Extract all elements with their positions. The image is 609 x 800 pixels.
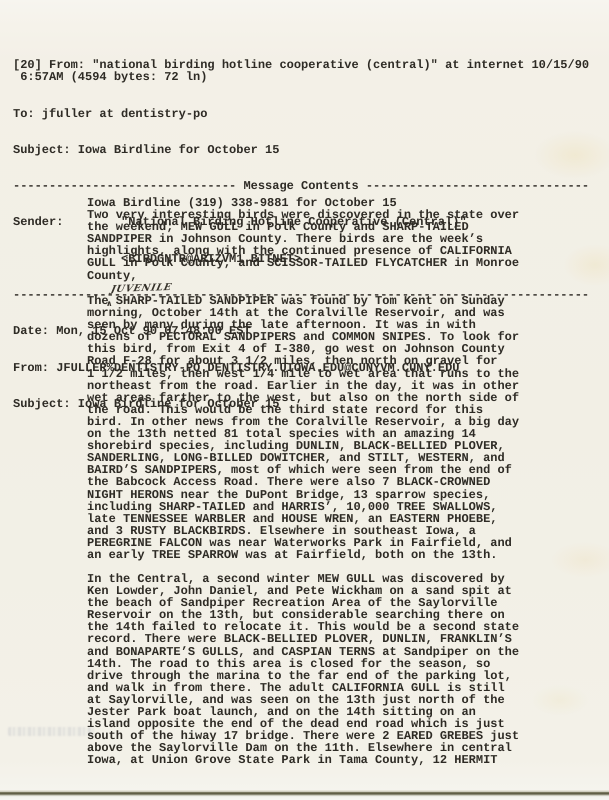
scanned-email-page: [20] From: "national birding hotline coo… [0, 0, 609, 800]
ink-bleed-through-smudge [8, 727, 94, 736]
header-listing-line: [20] From: "national birding hotline coo… [13, 59, 589, 83]
header-subject-line: Subject: Iowa Birdline for October 15 [13, 144, 589, 156]
body-paragraph-sharp-tailed-sandpiper: The SHARP-TAILED SANDPIPER was found by … [87, 295, 519, 561]
message-contents-divider: ------------------------------- Message … [13, 180, 589, 192]
body-paragraph-central-iowa: In the Central, a second winter MEW GULL… [87, 573, 519, 767]
body-paragraph-intro: Iowa Birdline (319) 338-9881 for October… [87, 197, 519, 282]
scan-bottom-page-edge [0, 790, 609, 800]
header-to-line: To: jfuller at dentistry-po [13, 108, 589, 120]
